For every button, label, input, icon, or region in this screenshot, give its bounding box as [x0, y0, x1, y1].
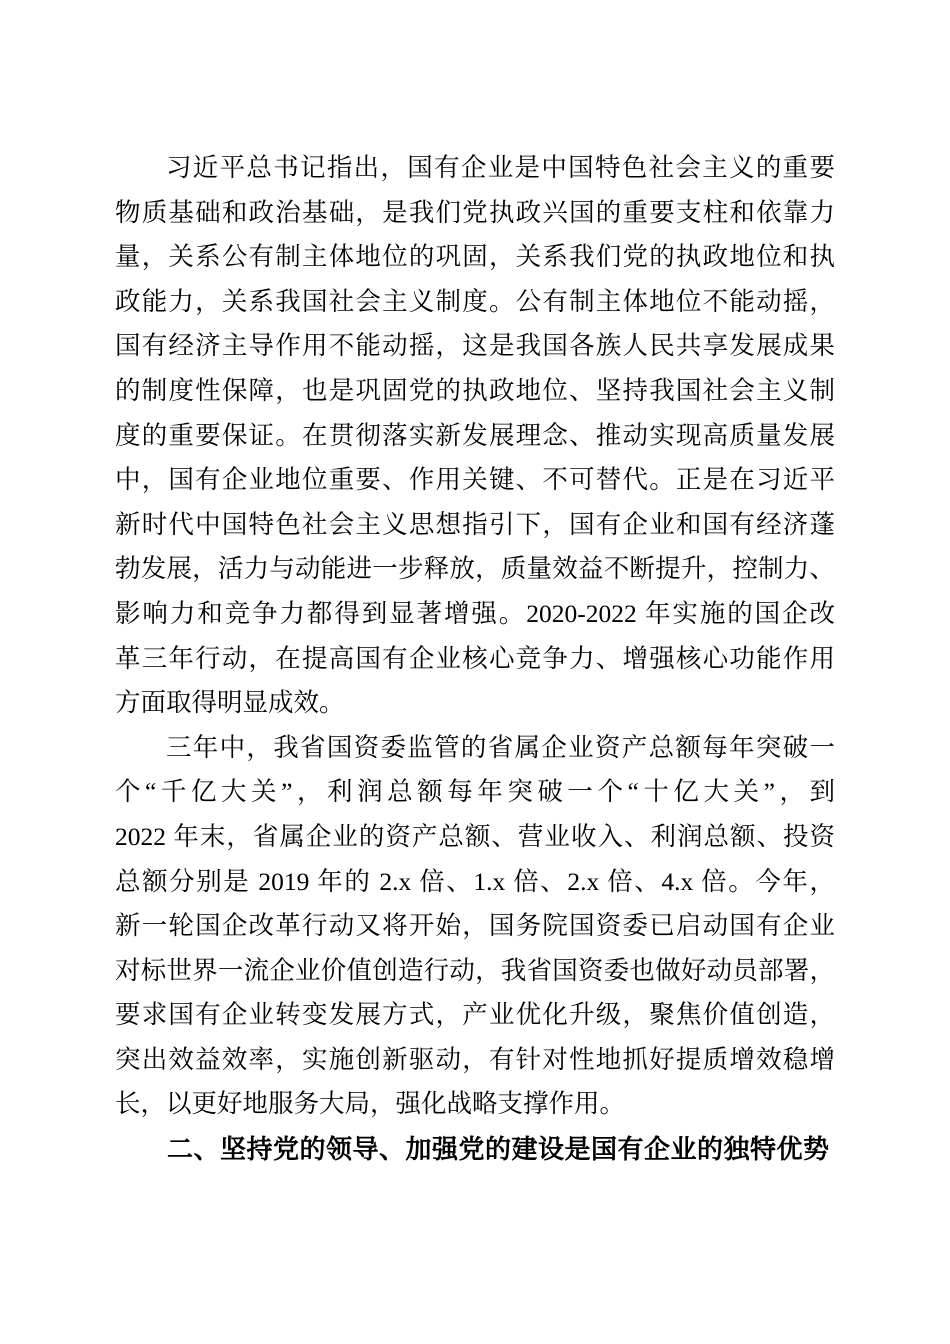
- paragraph-2: 三年中，我省国资委监管的省属企业资产总额每年突破一 个“千亿大关”，利润总额每年…: [115, 726, 835, 1127]
- paragraph-1: 习近平总书记指出，国有企业是中国特色社会主义的重要 物质基础和政治基础，是我们党…: [115, 146, 835, 726]
- text-line: 国有经济主导作用不能动摇，这是我国各族人民共享发展成果: [115, 324, 835, 369]
- text-line: 要求国有企业转变发展方式，产业优化升级，聚焦价值创造，: [115, 993, 835, 1038]
- text-line: 量，关系公有制主体地位的巩固，关系我们党的执政地位和执: [115, 235, 835, 280]
- text-line: 对标世界一流企业价值创造行动，我省国资委也做好动员部署，: [115, 949, 835, 994]
- text-line: 政能力，关系我国社会主义制度。公有制主体地位不能动摇，: [115, 280, 835, 325]
- text-line: 的制度性保障，也是巩固党的执政地位、坚持我国社会主义制: [115, 369, 835, 414]
- section-heading: 二、坚持党的领导、加强党的建设是国有企业的独特优势: [115, 1127, 835, 1172]
- document-page: 习近平总书记指出，国有企业是中国特色社会主义的重要 物质基础和政治基础，是我们党…: [0, 0, 950, 1344]
- text-line: 度的重要保证。在贯彻落实新发展理念、推动实现高质量发展: [115, 414, 835, 459]
- text-line: 勃发展，活力与动能进一步释放，质量效益不断提升，控制力、: [115, 547, 835, 592]
- text-line: 2022 年末，省属企业的资产总额、营业收入、利润总额、投资: [115, 815, 835, 860]
- text-line: 新一轮国企改革行动又将开始，国务院国资委已启动国有企业: [115, 904, 835, 949]
- text-line: 影响力和竞争力都得到显著增强。2020-2022 年实施的国企改: [115, 592, 835, 637]
- text-line: 个“千亿大关”，利润总额每年突破一个“十亿大关”，到: [115, 770, 835, 815]
- text-line: 新时代中国特色社会主义思想指引下，国有企业和国有经济蓬: [115, 503, 835, 548]
- text-line: 物质基础和政治基础，是我们党执政兴国的重要支柱和依靠力: [115, 191, 835, 236]
- text-line: 突出效益效率，实施创新驱动，有针对性地抓好提质增效稳增: [115, 1038, 835, 1083]
- text-line: 三年中，我省国资委监管的省属企业资产总额每年突破一: [115, 726, 835, 771]
- text-line: 总额分别是 2019 年的 2.x 倍、1.x 倍、2.x 倍、4.x 倍。今年…: [115, 860, 835, 905]
- text-line: 中，国有企业地位重要、作用关键、不可替代。正是在习近平: [115, 458, 835, 503]
- text-line: 长，以更好地服务大局，强化战略支撑作用。: [115, 1082, 835, 1127]
- text-line: 习近平总书记指出，国有企业是中国特色社会主义的重要: [115, 146, 835, 191]
- text-line: 革三年行动，在提高国有企业核心竞争力、增强核心功能作用: [115, 637, 835, 682]
- text-line: 方面取得明显成效。: [115, 681, 835, 726]
